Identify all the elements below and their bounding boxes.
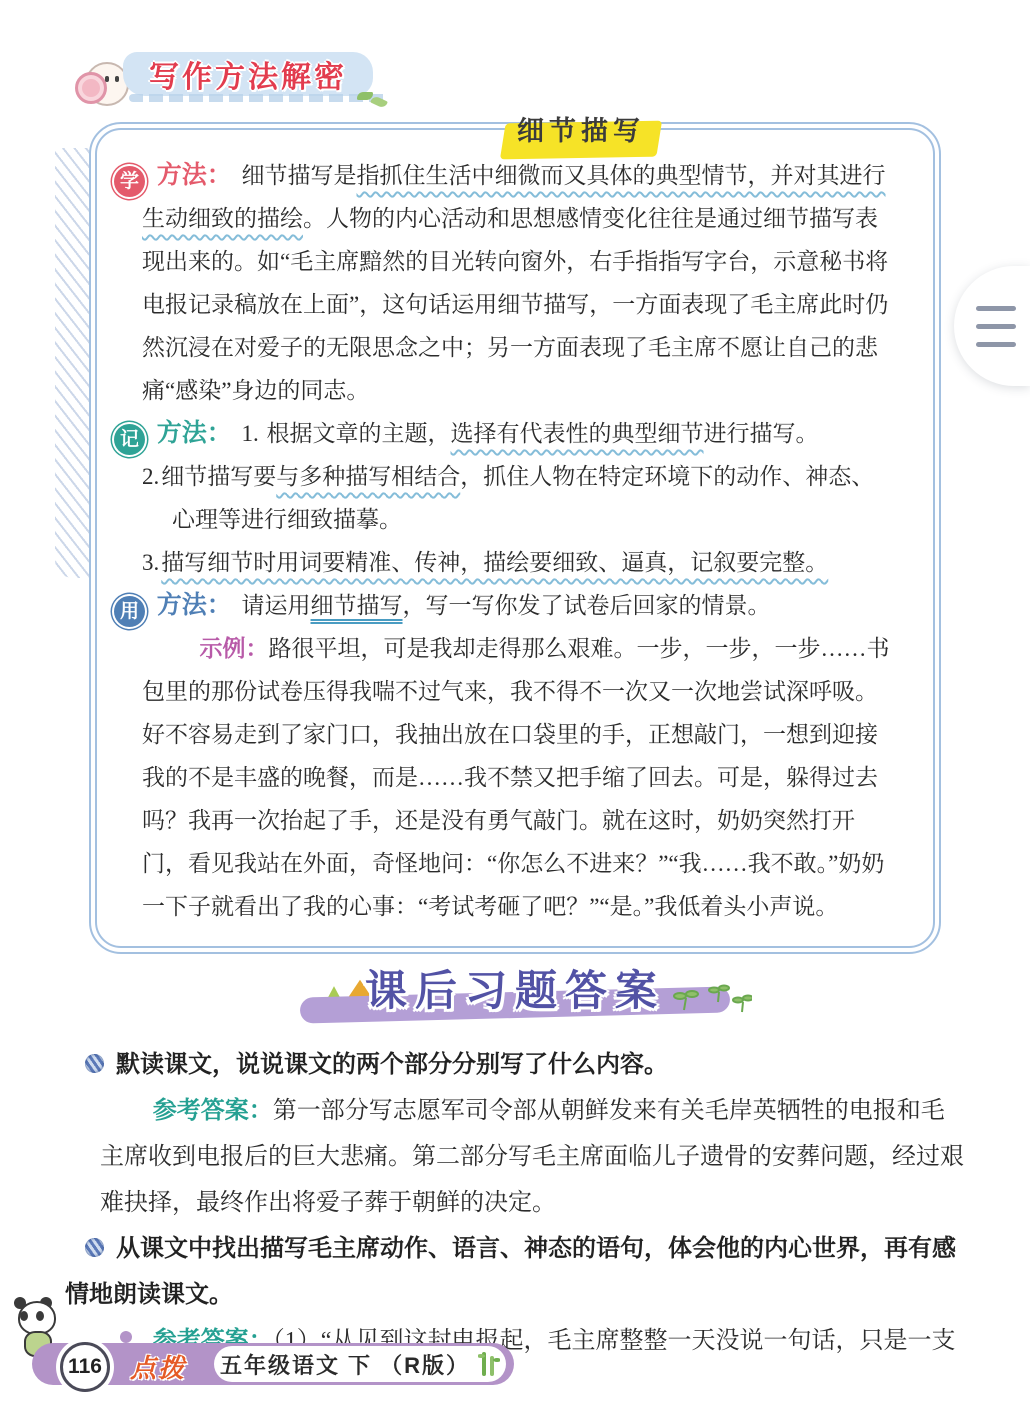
question-1: 默读课文，说说课文的两个部分分别写了什么内容。 — [65, 1042, 965, 1088]
footer-bar: 116 点拨 五年级语文 下 （R版） — [0, 1315, 1030, 1395]
remember-item-3: 3.描写细节时用词要精准、传神，描绘要细致、逼真，记叙要完整。 — [142, 541, 895, 584]
learn-method-label: 方法： — [157, 161, 232, 189]
remember-item-2: 2.细节描写要与多种描写相结合，抓住人物在特定环境下的动作、神态、心理等进行细致… — [142, 455, 895, 541]
textbook-page: 写作方法解密 细节描写 学 方法： 细节描写是指抓住生活中细微而又具体的典型情节… — [0, 0, 1030, 1423]
topic-tab: 细节描写 — [503, 108, 659, 156]
edition-text: 五年级语文 下 （R版） — [220, 1349, 470, 1380]
publisher-logo: 点拨 — [130, 1348, 186, 1385]
striped-ball-bullet-icon — [85, 1054, 104, 1073]
list-number: 3. — [142, 550, 159, 575]
use-badge-icon: 用 — [114, 596, 145, 627]
example-text: 路很平坦，可是我却走得那么艰难。一步，一步，一步……书包里的那份试卷压得我喘不过… — [142, 636, 890, 919]
leaf-icon — [357, 92, 391, 108]
bamboo-icon — [478, 1350, 500, 1378]
question-2: 从课文中找出描写毛主席动作、语言、神态的语句，体会他的内心世界，再有感情地朗读课… — [65, 1226, 965, 1318]
edition-pill: 五年级语文 下 （R版） — [214, 1346, 506, 1382]
page-number-badge: 116 — [60, 1342, 110, 1392]
hamburger-icon — [976, 306, 1016, 311]
learn-method-text: 细节描写是指抓住生活中细微而又具体的典型情节，并对其进行生动细致的描绘。人物的内… — [142, 163, 888, 403]
page-header: 写作方法解密 — [75, 52, 1030, 114]
topic-tab-label: 细节描写 — [517, 116, 645, 146]
remember-badge-icon: 记 — [114, 424, 145, 455]
remember-item-1-text: 根据文章的主题，选择有代表性的典型细节进行描写。 — [267, 421, 819, 446]
answer-1: 参考答案：第一部分写志愿军司令部从朝鲜发来有关毛岸英牺牲的电报和毛主席收到电报后… — [100, 1088, 965, 1226]
section-badge-title: 写作方法解密 — [149, 52, 347, 96]
question-2-text: 从课文中找出描写毛主席动作、语言、神态的语句，体会他的内心世界，再有感情地朗读课… — [65, 1235, 956, 1308]
remember-item-3-text: 描写细节时用词要精准、传神，描绘要细致、逼真，记叙要完整。 — [161, 550, 828, 575]
use-method-paragraph: 用 方法： 请运用细节描写，写一写你发了试卷后回家的情景。 — [142, 584, 895, 627]
learn-badge-icon: 学 — [114, 166, 145, 197]
snail-icon — [75, 54, 127, 106]
page-number: 116 — [68, 1355, 102, 1379]
answers-section-title: 课后习题答案 — [365, 967, 665, 1014]
hatch-decoration — [55, 148, 89, 578]
method-box: 细节描写 学 方法： 细节描写是指抓住生活中细微而又具体的典型情节，并对其进行生… — [95, 128, 935, 948]
learn-method-paragraph: 学 方法： 细节描写是指抓住生活中细微而又具体的典型情节，并对其进行生动细致的描… — [142, 154, 895, 412]
striped-ball-bullet-icon — [85, 1238, 104, 1257]
sprout-icon — [672, 972, 752, 1014]
footer-band: 116 点拨 五年级语文 下 （R版） — [32, 1343, 514, 1385]
remember-method-paragraph: 记 方法： 1. 根据文章的主题，选择有代表性的典型细节进行描写。 — [142, 412, 895, 455]
menu-button[interactable] — [954, 266, 1030, 386]
answer-label: 参考答案： — [153, 1097, 273, 1124]
remember-item-2-text: 细节描写要与多种描写相结合，抓住人物在特定环境下的动作、神态、心理等进行细致描摹… — [161, 464, 874, 532]
question-1-text: 默读课文，说说课文的两个部分分别写了什么内容。 — [116, 1051, 668, 1078]
list-number: 1. — [242, 421, 259, 446]
answers-section-header: 课后习题答案 — [0, 958, 1030, 1030]
use-method-text: 请运用细节描写，写一写你发了试卷后回家的情景。 — [242, 593, 771, 618]
example-paragraph: 示例：路很平坦，可是我却走得那么艰难。一步，一步，一步……书包里的那份试卷压得我… — [142, 627, 895, 928]
example-label: 示例： — [200, 635, 269, 661]
remember-method-label: 方法： — [157, 419, 232, 447]
section-badge: 写作方法解密 — [123, 52, 373, 96]
use-method-label: 方法： — [157, 591, 232, 619]
list-number: 2. — [142, 464, 159, 489]
